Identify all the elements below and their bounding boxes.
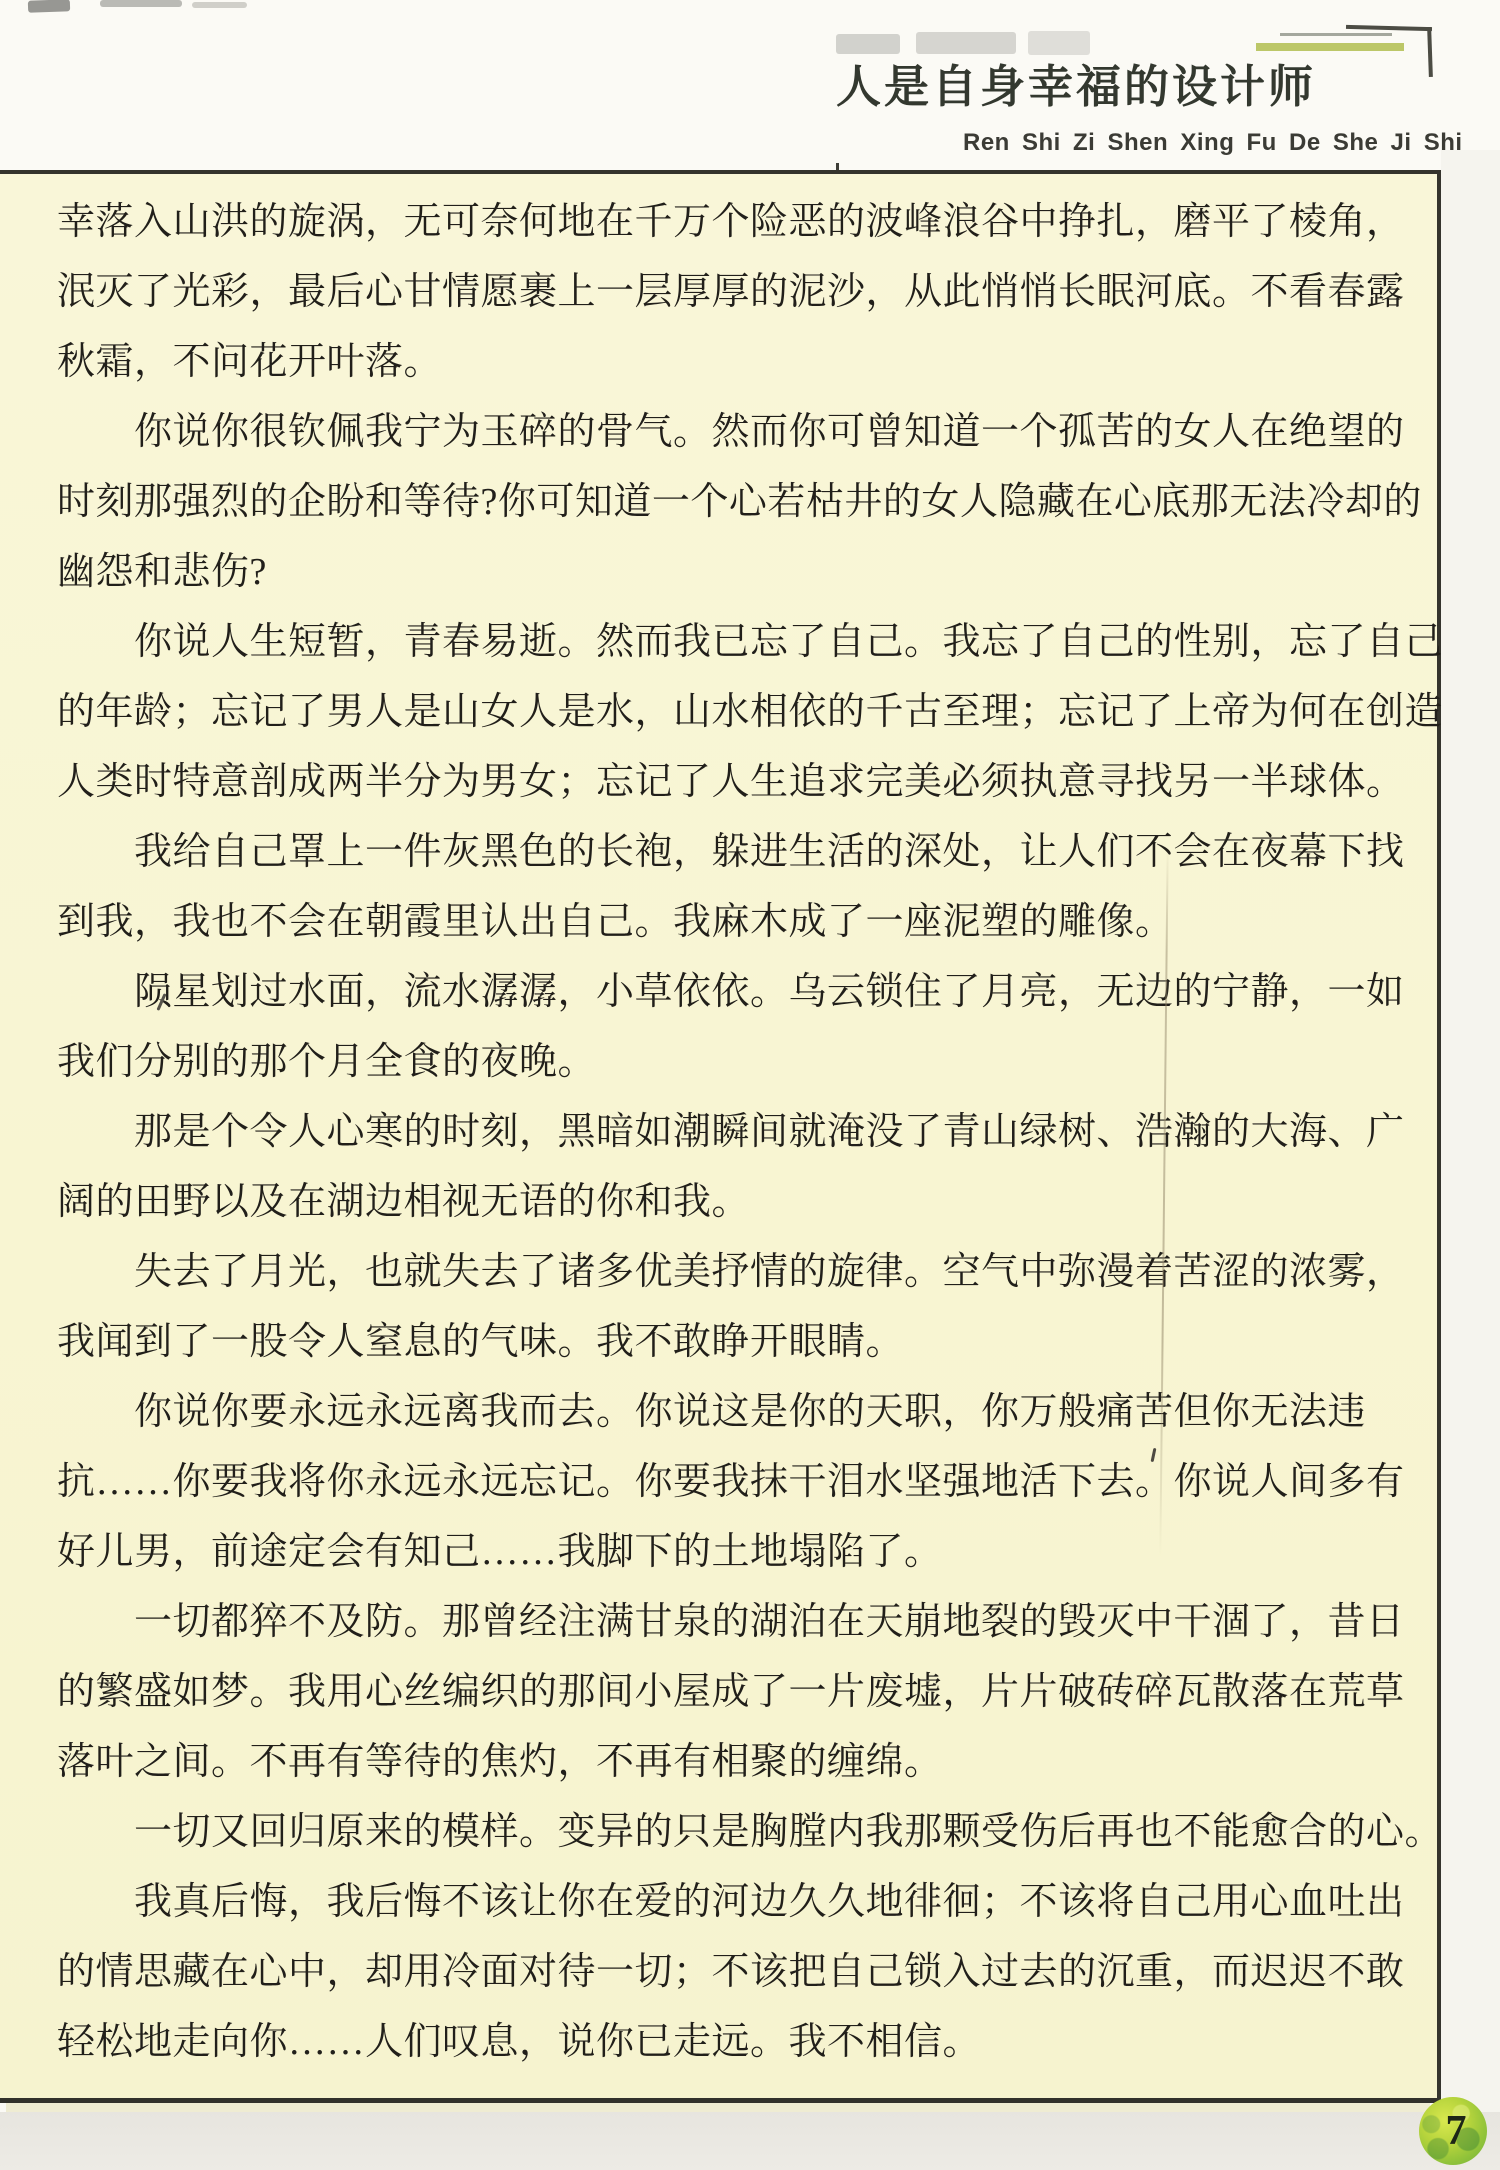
scanned-page: 幸落入山洪的旋涡，无可奈何地在千万个险恶的波峰浪谷中挣扎，磨平了棱角，泯灭了光彩… [0,170,1441,2103]
text-line: 时刻那强烈的企盼和等待?你可知道一个心若枯井的女人隐藏在心底那无法冷却的 [57,467,1409,537]
text-line: 阔的田野以及在湖边相视无语的你和我。 [57,1167,1409,1237]
text-line: 到我，我也不会在朝霞里认出自己。我麻木成了一座泥塑的雕像。 [57,887,1409,957]
page-title: 人是自身幸福的设计师 [836,50,1316,115]
page-number-badge: 7 [1419,2097,1487,2165]
scan-artifact [100,0,182,7]
scan-margin-bottom [0,2112,1500,2170]
text-line: 我真后悔，我后悔不该让你在爱的河边久久地徘徊；不该将自己用心血吐出 [57,1867,1409,1937]
text-line: 落叶之间。不再有等待的焦灼，不再有相聚的缠绵。 [57,1727,1409,1797]
text-line: 我给自己罩上一件灰黑色的长袍，躲进生活的深处，让人们不会在夜幕下找 [57,817,1409,887]
corner-decoration-line [1280,33,1392,36]
text-line: 陨星划过水面，流水潺潺，小草依依。乌云锁住了月亮，无边的宁静，一如 [57,957,1409,1027]
scan-artifact [192,2,247,8]
text-line: 失去了月光，也就失去了诸多优美抒情的旋律。空气中弥漫着苦涩的浓雾， [57,1237,1409,1307]
text-line: 抗……你要我将你永远永远忘记。你要我抹干泪水坚强地活下去。你说人间多有 [57,1447,1409,1517]
text-line: 泯灭了光彩，最后心甘情愿裹上一层厚厚的泥沙，从此悄悄长眠河底。不看春露 [57,257,1409,327]
corner-bracket-icon [1346,25,1432,31]
text-line: 你说你要永远永远离我而去。你说这是你的天职，你万般痛苦但你无法违 [57,1377,1409,1447]
text-line: 那是个令人心寒的时刻，黑暗如潮瞬间就淹没了青山绿树、浩瀚的大海、广 [57,1097,1409,1167]
scan-artifact [28,0,70,13]
text-line: 幽怨和悲伤? [57,537,1409,607]
page-title-pinyin: Ren Shi Zi Shen Xing Fu De She Ji Shi [963,129,1463,157]
scanned-book-page-screenshot: { "document": { "header": { "title": "人是… [0,0,1500,2170]
text-line: 轻松地走向你……人们叹息，说你已走远。我不相信。 [57,2007,1409,2077]
text-line: 好儿男，前途定会有知己……我脚下的土地塌陷了。 [57,1517,1409,1587]
text-line: 我闻到了一股令人窒息的气味。我不敢睁开眼睛。 [57,1307,1409,1377]
scan-margin-right [1441,150,1500,2112]
text-line: 的繁盛如梦。我用心丝编织的那间小屋成了一片废墟，片片破砖碎瓦散落在荒草 [57,1657,1409,1727]
corner-bracket-icon [1427,27,1433,77]
text-line: 我们分别的那个月全食的夜晚。 [57,1027,1409,1097]
page-number: 7 [1419,2097,1487,2165]
text-line: 你说你很钦佩我宁为玉碎的骨气。然而你可曾知道一个孤苦的女人在绝望的 [57,397,1409,467]
body-text: 幸落入山洪的旋涡，无可奈何地在千万个险恶的波峰浪谷中挣扎，磨平了棱角，泯灭了光彩… [57,187,1409,2077]
text-line: 的年龄；忘记了男人是山女人是水，山水相依的千古至理；忘记了上帝为何在创造 [57,677,1409,747]
text-line: 一切又回归原来的模样。变异的只是胸膛内我那颗受伤后再也不能愈合的心。 [57,1797,1409,1867]
text-line: 的情思藏在心中，却用冷面对待一切；不该把自己锁入过去的沉重，而迟迟不敢 [57,1937,1409,2007]
text-line: 你说人生短暂，青春易逝。然而我已忘了自己。我忘了自己的性别，忘了自己 [57,607,1409,677]
text-line: 人类时特意剖成两半分为男女；忘记了人生追求完美必须执意寻找另一半球体。 [57,747,1409,817]
text-line: 一切都猝不及防。那曾经注满甘泉的湖泊在天崩地裂的毁灭中干涸了，昔日 [57,1587,1409,1657]
text-line: 秋霜，不问花开叶落。 [57,327,1409,397]
text-line: 幸落入山洪的旋涡，无可奈何地在千万个险恶的波峰浪谷中挣扎，磨平了棱角， [57,187,1409,257]
